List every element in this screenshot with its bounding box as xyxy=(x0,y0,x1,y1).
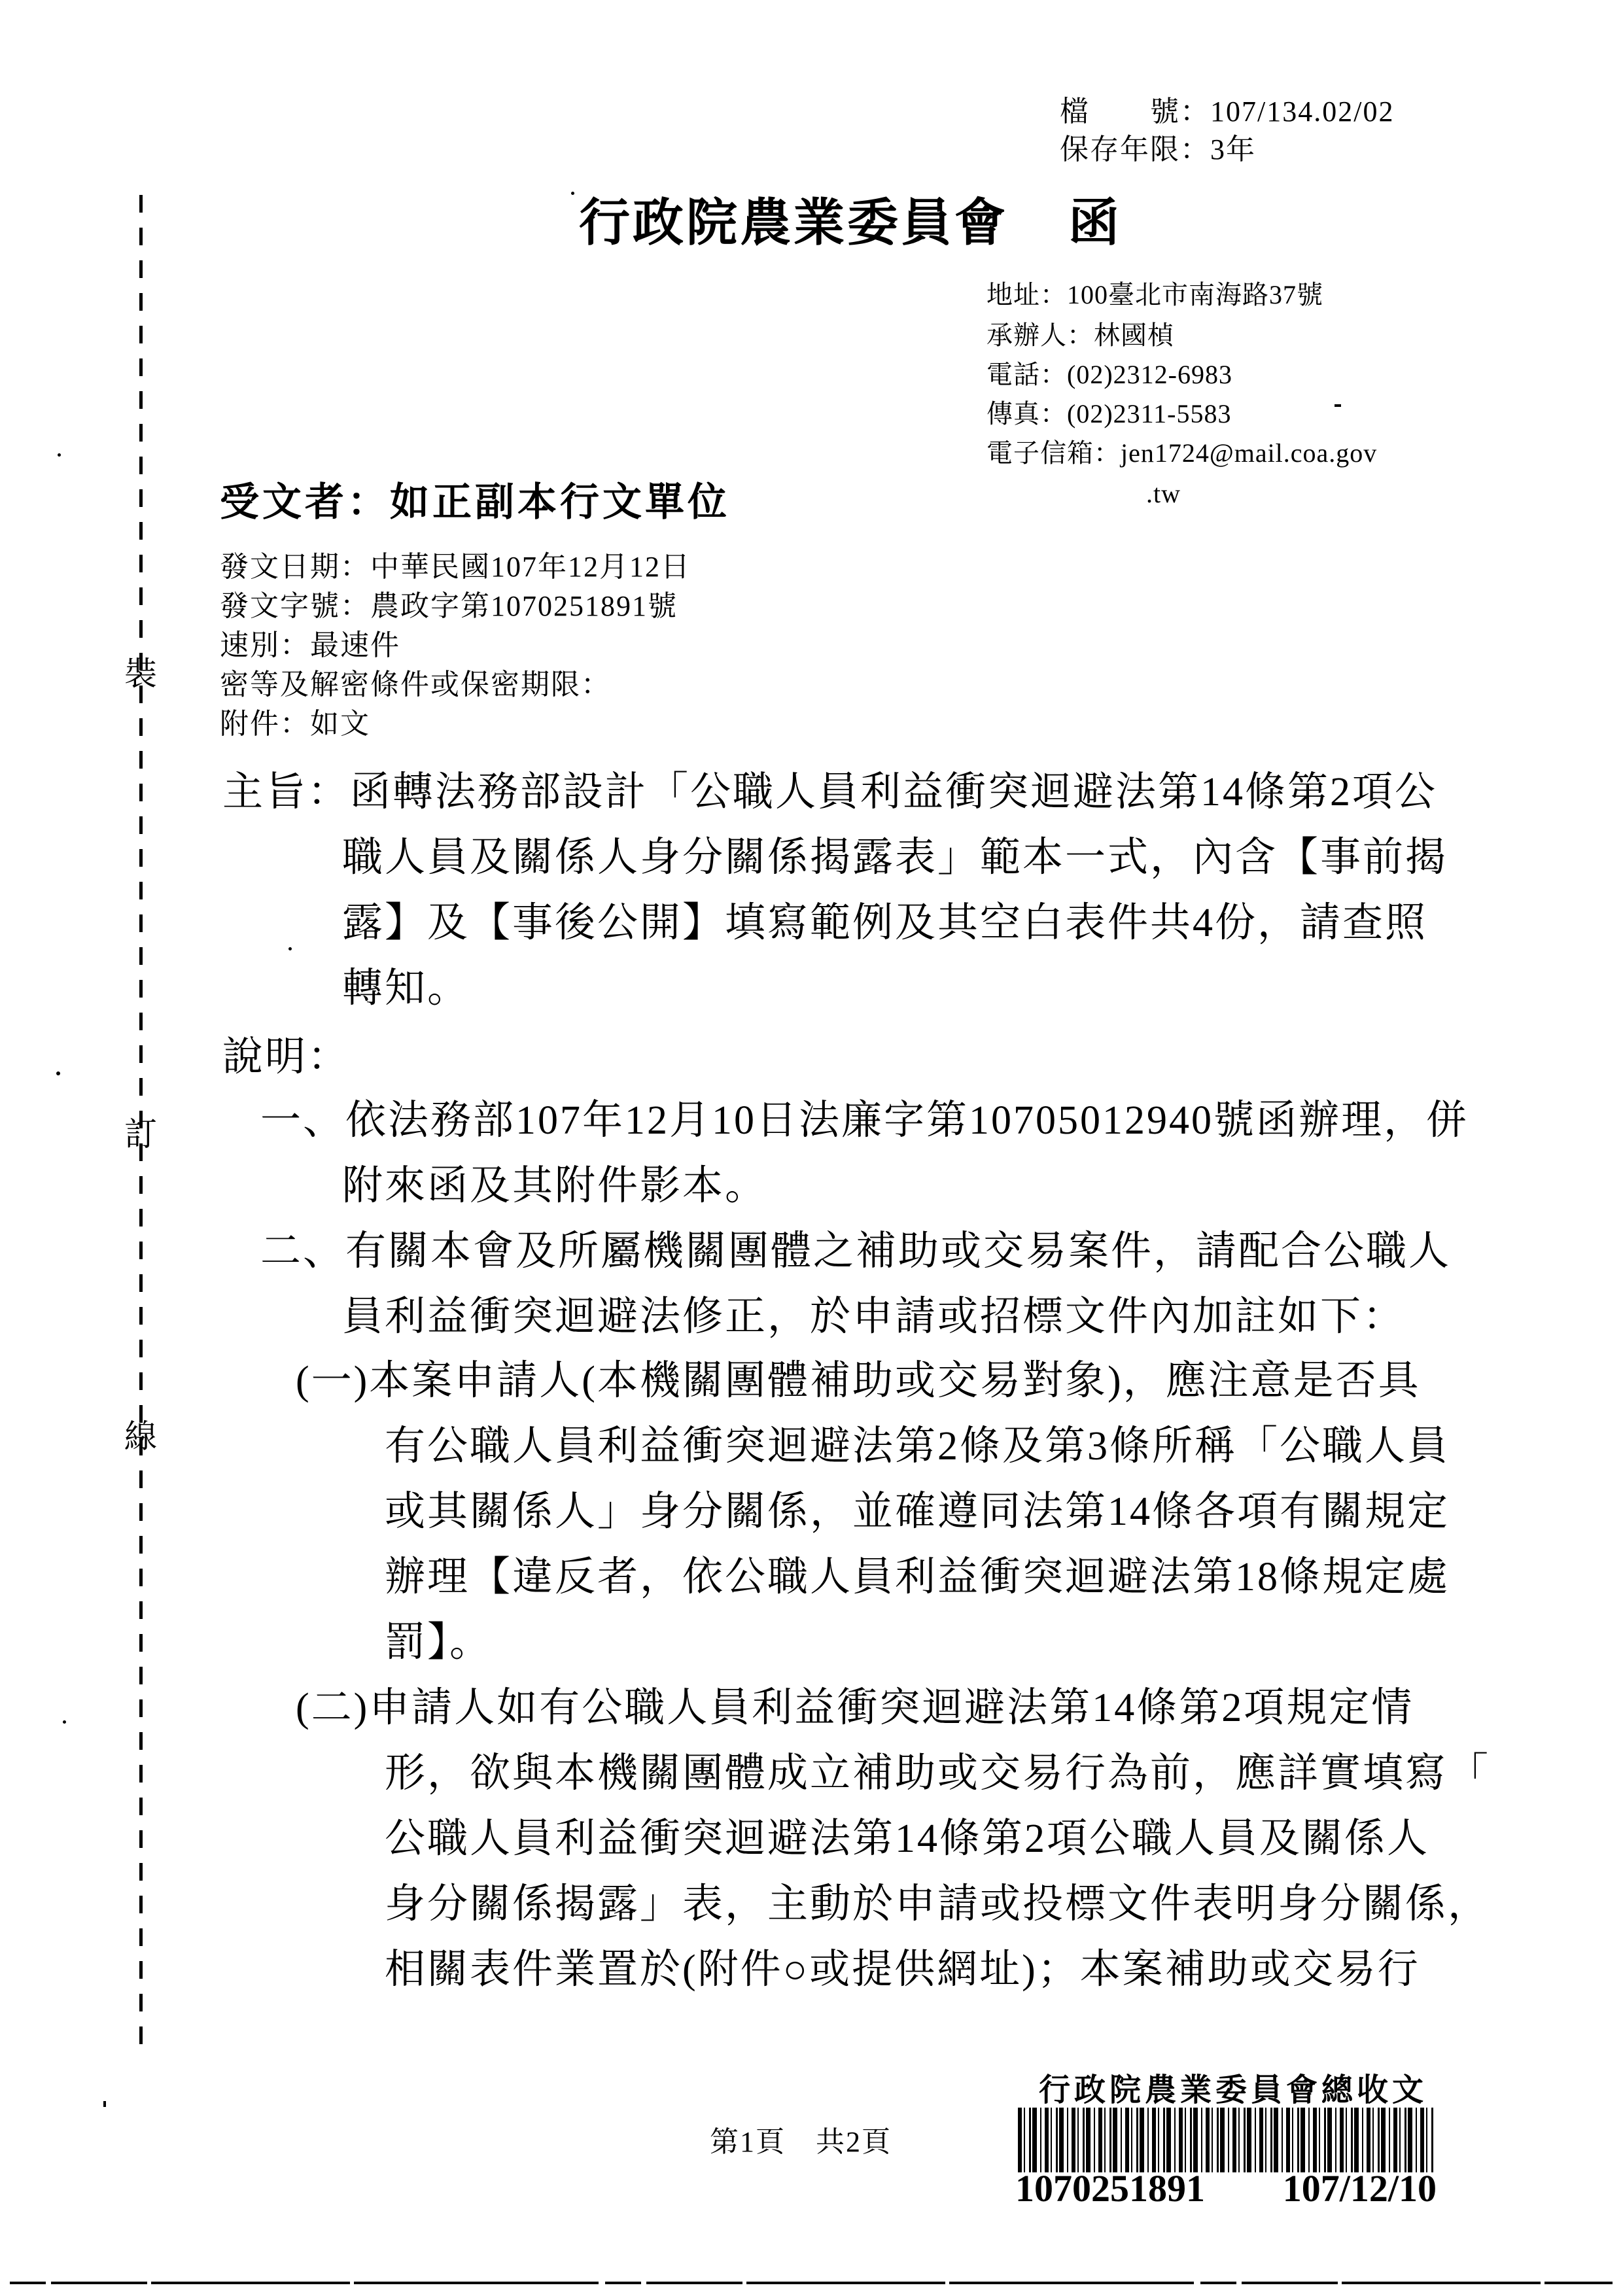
file-number: 檔 號：107/134.02/02 xyxy=(1060,96,1394,129)
explanation-subitem-1-cont: 辦理【違反者，依公職人員利益衝突迴避法第18條規定處 xyxy=(385,1554,1450,1601)
explanation-item-2: 二、有關本會及所屬機關團體之補助或交易案件，請配合公職人 xyxy=(260,1228,1451,1275)
explanation-subitem-2-cont: 身分關係揭露」表，主動於申請或投標文件表明身分關係， xyxy=(385,1881,1490,1928)
scan-speck xyxy=(1335,404,1341,407)
doc-type-label: 函 xyxy=(1068,194,1122,251)
explanation-heading: 說明： xyxy=(222,1034,350,1081)
security-classification: 密等及解密條件或保密期限： xyxy=(220,669,611,702)
explanation-subitem-1-cont: 或其關係人」身分關係，並確遵同法第14條各項有關規定 xyxy=(385,1489,1450,1535)
scan-speck xyxy=(58,453,61,457)
reference-number: 發文字號：農政字第1070251891號 xyxy=(220,590,678,623)
scan-speck xyxy=(103,2101,106,2107)
page-edge-scan-line xyxy=(10,2282,1613,2284)
explanation-subitem-2-cont: 相關表件業置於(附件○或提供網址)；本案補助或交易行 xyxy=(385,1947,1420,1993)
org-name: 行政院農業委員會 xyxy=(579,194,1008,251)
receipt-barcode xyxy=(1018,2108,1434,2172)
subject-line: 主旨：函轉法務部設計「公職人員利益衝突迴避法第14條第2項公 xyxy=(222,769,1437,816)
subject-line: 職人員及關係人身分關係揭露表」範本一式，內含【事前揭 xyxy=(342,835,1448,881)
contact-email-continuation: .tw xyxy=(1146,479,1181,509)
recipient-line: 受文者：如正副本行文單位 xyxy=(220,480,730,525)
contact-phone: 電話：(02)2312-6983 xyxy=(986,360,1232,390)
binding-mark-zhuang: 裝 xyxy=(124,655,157,693)
binding-mark-xian: 線 xyxy=(124,1418,157,1456)
contact-fax: 傳真：(02)2311-5583 xyxy=(986,399,1231,429)
explanation-subitem-2-cont: 形，欲與本機關團體成立補助或交易行為前，應詳實填寫「 xyxy=(385,1750,1490,1797)
attachment-note: 附件：如文 xyxy=(220,708,370,741)
explanation-item-2-cont: 員利益衝突迴避法修正，於申請或招標文件內加註如下： xyxy=(342,1294,1405,1340)
explanation-item-1-cont: 附來函及其附件影本。 xyxy=(342,1163,767,1209)
explanation-subitem-2: (二)申請人如有公職人員利益衝突迴避法第14條第2項規定情 xyxy=(296,1685,1414,1731)
retention-period: 保存年限：3年 xyxy=(1060,133,1256,167)
scan-speck xyxy=(571,192,574,195)
explanation-item-1: 一、依法務部107年12月10日法廉字第10705012940號函辦理，併 xyxy=(260,1098,1469,1144)
receipt-date: 107/12/10 xyxy=(1283,2166,1437,2210)
binding-mark-ding: 訂 xyxy=(124,1116,157,1154)
receipt-number: 1070251891 xyxy=(1015,2166,1205,2210)
explanation-subitem-2-cont: 公職人員利益衝突迴避法第14條第2項公職人員及關係人 xyxy=(385,1816,1429,1862)
scan-speck xyxy=(56,1071,60,1075)
scan-speck xyxy=(63,1720,66,1724)
page-number-indicator: 第1頁 共2頁 xyxy=(710,2126,892,2159)
contact-person: 承辦人：林國楨 xyxy=(986,321,1174,351)
receipt-stamp-title: 行政院農業委員會總收文 xyxy=(1039,2072,1427,2108)
explanation-subitem-1: (一)本案申請人(本機關團體補助或交易對象)，應注意是否具 xyxy=(296,1358,1421,1404)
priority-level: 速別：最速件 xyxy=(220,629,400,663)
explanation-subitem-1-cont: 罰】。 xyxy=(385,1620,492,1666)
issue-date: 發文日期：中華民國107年12月12日 xyxy=(220,551,691,584)
explanation-subitem-1-cont: 有公職人員利益衝突迴避法第2條及第3條所稱「公職人員 xyxy=(385,1423,1450,1470)
scan-speck xyxy=(288,947,292,950)
subject-line: 轉知。 xyxy=(342,965,470,1012)
contact-address: 地址：100臺北市南海路37號 xyxy=(986,280,1323,310)
subject-line: 露】及【事後公開】填寫範例及其空白表件共4份，請查照 xyxy=(342,900,1427,947)
receipt-stamp-numbers: 1070251891 107/12/10 xyxy=(1015,2166,1437,2210)
contact-email: 電子信箱：jen1724@mail.coa.gov xyxy=(986,438,1377,468)
document-title: 行政院農業委員會函 xyxy=(579,194,1122,252)
scanned-letter-page: 檔 號：107/134.02/02 保存年限：3年 行政院農業委員會函 地址：1… xyxy=(0,0,1623,2296)
